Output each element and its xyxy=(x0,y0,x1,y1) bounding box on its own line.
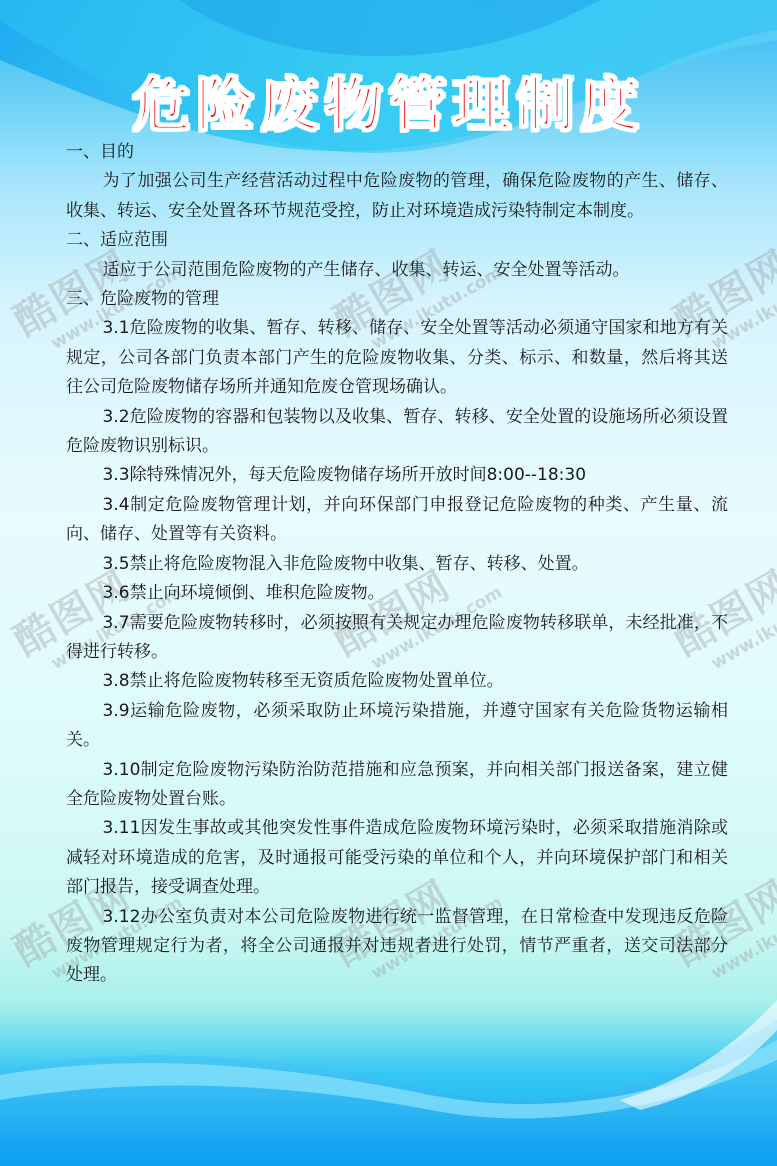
clause-3-6: 3.6禁止向环境倾倒、堆积危险废物。 xyxy=(66,579,728,608)
paragraph-scope: 适应于公司范围危险废物的产生储存、收集、转运、安全处置等活动。 xyxy=(66,256,728,285)
regulation-body: 一、目的 为了加强公司生产经营活动过程中危险废物的管理，确保危险废物的产生、储存… xyxy=(66,138,728,991)
clause-3-10: 3.10制定危险废物污染防治防范措施和应急预案，并向相关部门报送备案，建立健全危… xyxy=(66,756,728,815)
clause-3-3: 3.3除特殊情况外，每天危险废物储存场所开放时间8:00--18:30 xyxy=(66,461,728,490)
clause-3-4: 3.4制定危险废物管理计划，并向环保部门申报登记危险废物的种类、产生量、流向、储… xyxy=(66,491,728,550)
section-heading-management: 三、危险废物的管理 xyxy=(66,285,728,314)
clause-3-2: 3.2危险废物的容器和包装物以及收集、暂存、转移、安全处置的设施场所必须设置危险… xyxy=(66,403,728,462)
paragraph-purpose: 为了加强公司生产经营活动过程中危险废物的管理，确保危险废物的产生、储存、收集、转… xyxy=(66,167,728,226)
clause-3-12: 3.12办公室负责对本公司危险废物进行统一监督管理，在日常检查中发现违反危险废物… xyxy=(66,903,728,991)
clause-3-9: 3.9运输危险废物，必须采取防止环境污染措施，并遵守国家有关危险货物运输相关。 xyxy=(66,697,728,756)
clause-3-11: 3.11因发生事故或其他突发性事件造成危险废物环境污染时，必须采取措施消除或减轻… xyxy=(66,814,728,902)
poster-title: 危险废物管理制度 xyxy=(0,58,777,142)
clause-3-5: 3.5禁止将危险废物混入非危险废物中收集、暂存、转移、处置。 xyxy=(66,550,728,579)
clause-3-8: 3.8禁止将危险废物转移至无资质危险废物处置单位。 xyxy=(66,667,728,696)
section-heading-purpose: 一、目的 xyxy=(66,138,728,167)
clause-3-1: 3.1危险废物的收集、暂存、转移、储存、安全处置等活动必须通守国家和地方有关规定… xyxy=(66,314,728,402)
section-heading-scope: 二、适应范围 xyxy=(66,226,728,255)
clause-3-7: 3.7需要危险废物转移时，必须按照有关规定办理危险废物转移联单，未经批准，不得进… xyxy=(66,609,728,668)
